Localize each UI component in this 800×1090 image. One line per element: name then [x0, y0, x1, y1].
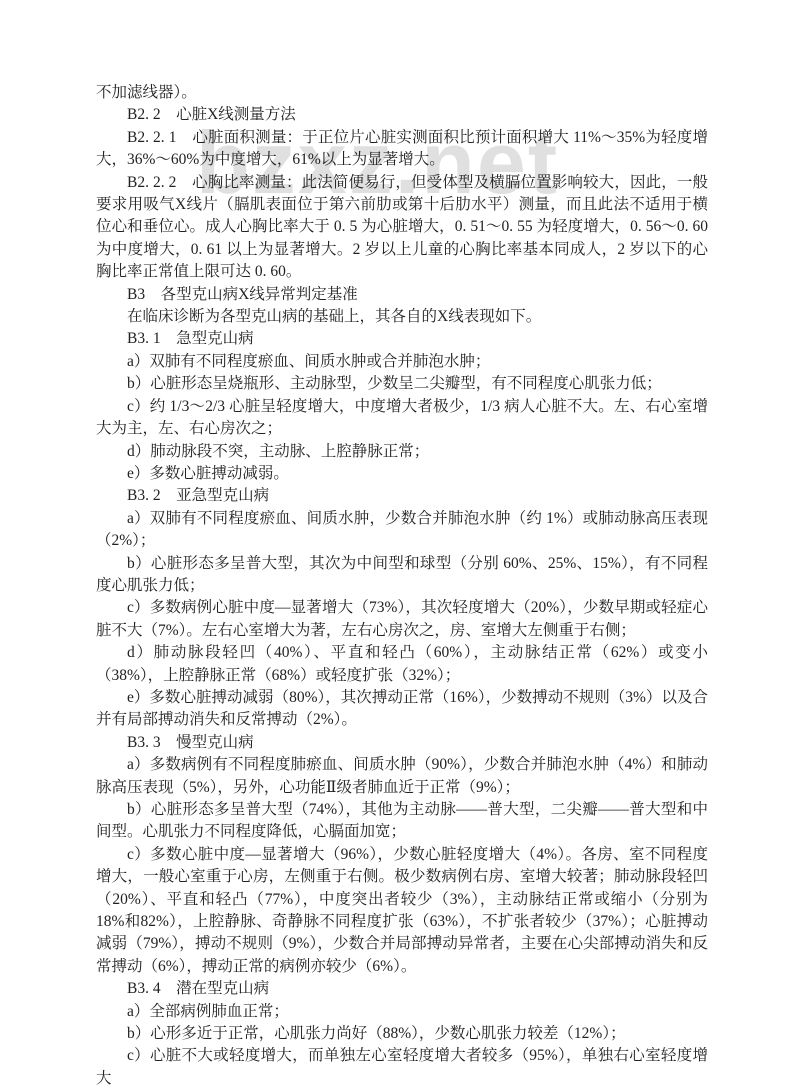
- paragraph: d）肺动脉段不突，主动脉、上腔静脉正常；: [96, 441, 708, 463]
- document-page: bzxz.net 不加滤线器）。B2. 2 心脏X线测量方法B2. 2. 1 心…: [0, 0, 800, 1090]
- paragraph: a）多数病例有不同程度肺瘀血、间质水肿（90%），少数合并肺泡水肿（4%）和肺动…: [96, 754, 708, 799]
- paragraph: B2. 2 心脏X线测量方法: [96, 104, 708, 126]
- paragraph: c）多数心脏中度—显著增大（96%），少数心脏轻度增大（4%）。各房、室不同程度…: [96, 844, 708, 978]
- paragraph: c）多数病例心脏中度—显著增大（73%），其次轻度增大（20%），少数早期或轻症…: [96, 597, 708, 642]
- paragraph: B2. 2. 2 心胸比率测量：此法简便易行，但受体型及横膈位置影响较大，因此，…: [96, 172, 708, 284]
- paragraph: c）心脏不大或轻度增大，而单独左心室轻度增大者较多（95%），单独右心室轻度增大: [96, 1045, 708, 1090]
- paragraph: B3. 1 急型克山病: [96, 328, 708, 350]
- paragraph: a）双肺有不同程度瘀血、间质水肿或合并肺泡水肿；: [96, 351, 708, 373]
- paragraph: d）肺动脉段轻凹（40%）、平直和轻凸（60%），主动脉结正常（62%）或变小（…: [96, 642, 708, 687]
- paragraph: b）心脏形态多呈普大型，其次为中间型和球型（分别 60%、25%、15%），有不…: [96, 553, 708, 598]
- paragraph: 不加滤线器）。: [96, 82, 708, 104]
- paragraph: B2. 2. 1 心脏面积测量：于正位片心脏实测面积比预计面积增大 11%～35…: [96, 127, 708, 172]
- paragraph: B3. 2 亚急型克山病: [96, 485, 708, 507]
- paragraph: b）心脏形态多呈普大型（74%），其他为主动脉——普大型，二尖瓣——普大型和中间…: [96, 799, 708, 844]
- paragraph: b）心形多近于正常，心肌张力尚好（88%），少数心肌张力较差（12%）；: [96, 1023, 708, 1045]
- paragraph: b）心脏形态呈烧瓶形、主动脉型，少数呈二尖瓣型，有不同程度心肌张力低；: [96, 373, 708, 395]
- paragraph: B3. 4 潜在型克山病: [96, 978, 708, 1000]
- paragraph: B3 各型克山病X线异常判定基准: [96, 284, 708, 306]
- paragraph: B3. 3 慢型克山病: [96, 732, 708, 754]
- document-body: 不加滤线器）。B2. 2 心脏X线测量方法B2. 2. 1 心脏面积测量：于正位…: [96, 82, 708, 1090]
- paragraph: a）全部病例肺血正常；: [96, 1001, 708, 1023]
- paragraph: e）多数心脏搏动减弱（80%），其次搏动正常（16%），少数搏动不规则（3%）以…: [96, 687, 708, 732]
- paragraph: 在临床诊断为各型克山病的基础上，其各自的X线表现如下。: [96, 306, 708, 328]
- paragraph: e）多数心脏搏动减弱。: [96, 463, 708, 485]
- paragraph: c）约 1/3～2/3 心脏呈轻度增大，中度增大者极少，1/3 病人心脏不大。左…: [96, 396, 708, 441]
- paragraph: a）双肺有不同程度瘀血、间质水肿，少数合并肺泡水肿（约 1%）或肺动脉高压表现（…: [96, 508, 708, 553]
